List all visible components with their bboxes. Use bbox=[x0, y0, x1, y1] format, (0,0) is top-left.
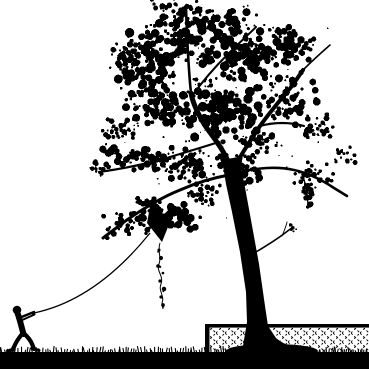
wall-top-edge bbox=[205, 324, 369, 328]
wall-left-edge bbox=[205, 324, 210, 353]
sky-background bbox=[0, 0, 369, 369]
person-hands bbox=[32, 311, 36, 315]
illustration-stage bbox=[0, 0, 369, 369]
scene-illustration bbox=[0, 0, 369, 369]
ground-band bbox=[0, 352, 369, 369]
